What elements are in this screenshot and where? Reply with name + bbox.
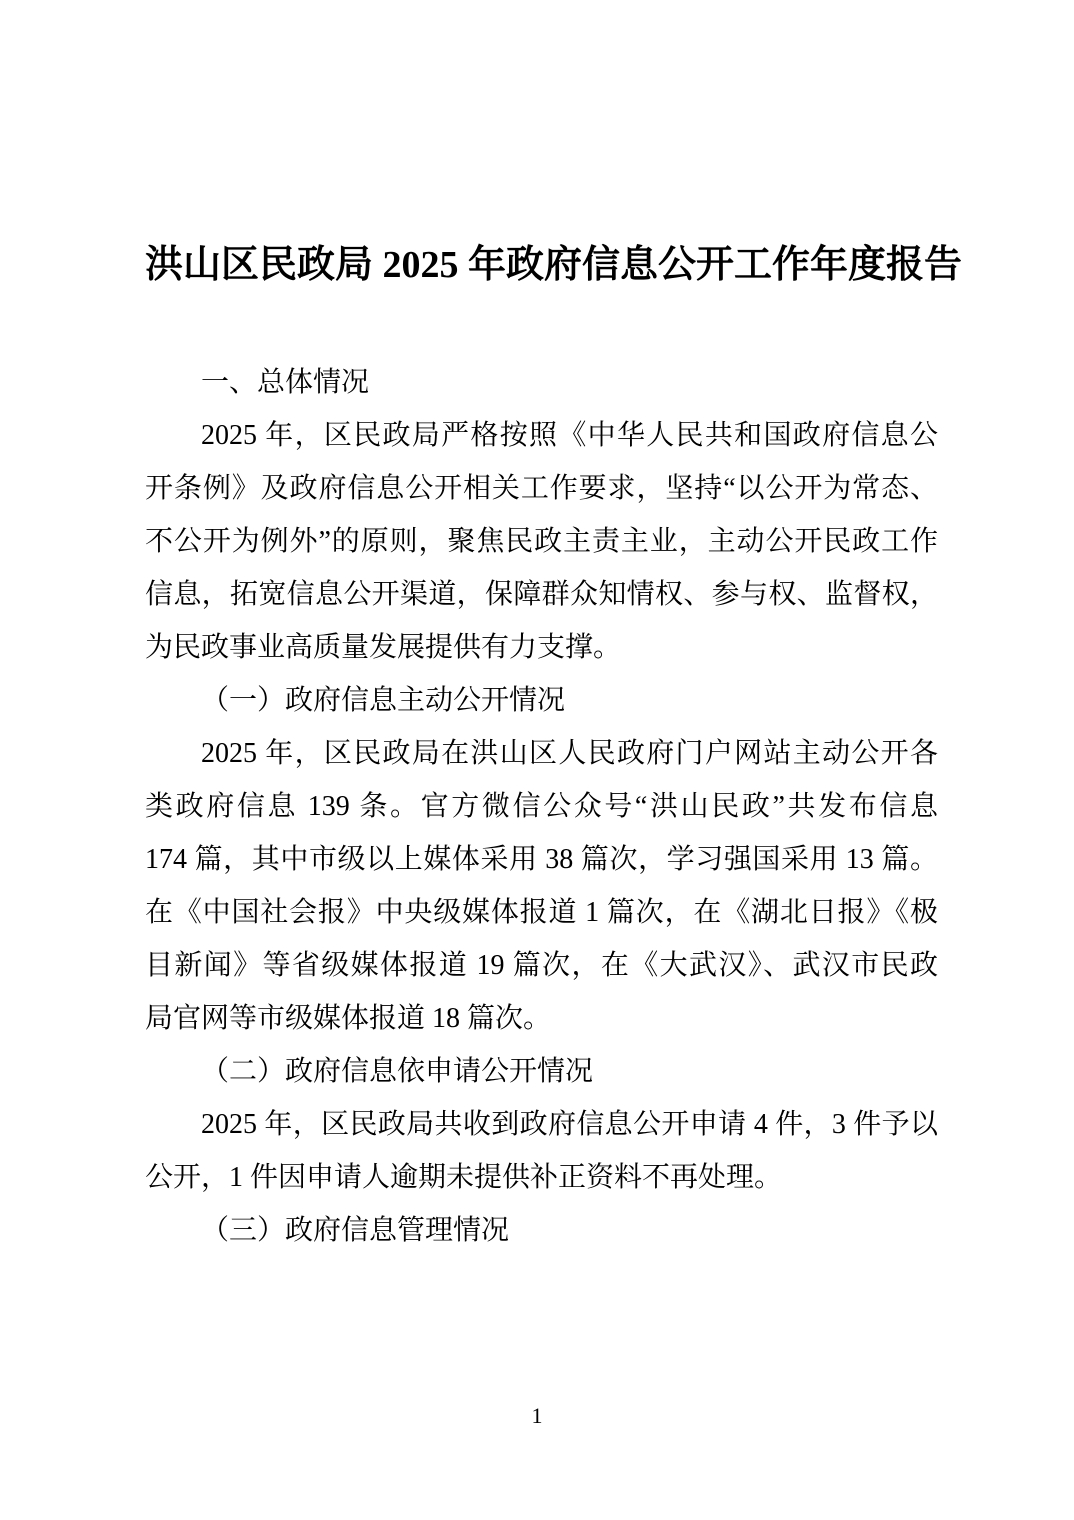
section-heading: （二）政府信息依申请公开情况 [145, 1045, 938, 1098]
paragraph-line: 2025 年，区民政局共收到政府信息公开申请 4 件，3 件予以 [145, 1098, 938, 1151]
page-number: 1 [0, 1402, 1074, 1430]
paragraph-line: 174 篇，其中市级以上媒体采用 38 篇次，学习强国采用 13 篇。 [145, 833, 938, 886]
paragraph-line: 类政府信息 139 条。官方微信公众号“洪山民政”共发布信息 [145, 780, 938, 833]
paragraph-line: 目新闻》等省级媒体报道 19 篇次，在《大武汉》、武汉市民政 [145, 939, 938, 992]
document-content: 洪山区民政局 2025 年政府信息公开工作年度报告 一、总体情况2025 年，区… [145, 238, 938, 1257]
paragraph-line: 2025 年，区民政局在洪山区人民政府门户网站主动公开各 [145, 727, 938, 780]
section-heading: 一、总体情况 [145, 356, 938, 409]
paragraph-line: 为民政事业高质量发展提供有力支撑。 [145, 621, 938, 674]
paragraph-line: 公开，1 件因申请人逾期未提供补正资料不再处理。 [145, 1151, 938, 1204]
paragraph-line: 信息，拓宽信息公开渠道，保障群众知情权、参与权、监督权， [145, 568, 938, 621]
document-page: 洪山区民政局 2025 年政府信息公开工作年度报告 一、总体情况2025 年，区… [0, 0, 1074, 1520]
document-body: 一、总体情况2025 年，区民政局严格按照《中华人民共和国政府信息公开条例》及政… [145, 356, 938, 1257]
paragraph-line: 局官网等市级媒体报道 18 篇次。 [145, 992, 938, 1045]
paragraph-line: 在《中国社会报》中央级媒体报道 1 篇次，在《湖北日报》《极 [145, 886, 938, 939]
paragraph-line: 开条例》及政府信息公开相关工作要求，坚持“以公开为常态、 [145, 462, 938, 515]
paragraph-line: 2025 年，区民政局严格按照《中华人民共和国政府信息公 [145, 409, 938, 462]
paragraph-line: 不公开为例外”的原则，聚焦民政主责主业，主动公开民政工作 [145, 515, 938, 568]
paragraph: 2025 年，区民政局在洪山区人民政府门户网站主动公开各类政府信息 139 条。… [145, 727, 938, 1045]
paragraph: 2025 年，区民政局共收到政府信息公开申请 4 件，3 件予以公开，1 件因申… [145, 1098, 938, 1204]
section-heading: （三）政府信息管理情况 [145, 1204, 938, 1257]
paragraph: 2025 年，区民政局严格按照《中华人民共和国政府信息公开条例》及政府信息公开相… [145, 409, 938, 674]
section-heading: （一）政府信息主动公开情况 [145, 674, 938, 727]
document-title: 洪山区民政局 2025 年政府信息公开工作年度报告 [145, 238, 938, 292]
